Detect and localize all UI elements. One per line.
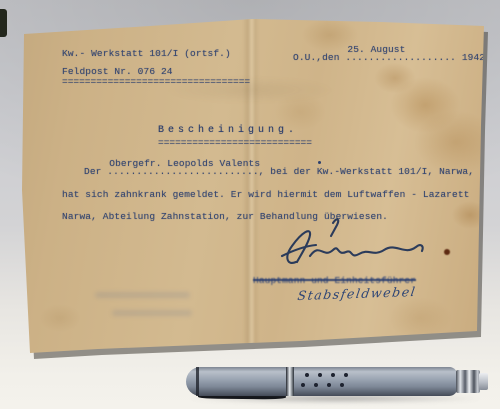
photo-scene: Kw.- Werkstatt 101/I (ortsf.) Feldpost N… [0,0,500,409]
signature-scrawl [276,216,434,274]
pen-center-band [286,367,294,396]
date-prefix: O.U.,den [293,52,345,63]
date-filled-value: 25. August [347,44,405,55]
ink-speck [318,161,321,164]
body-line-1: Der ..........................,Obergefr.… [84,166,474,177]
stain-dot [444,249,450,255]
doc-title: Bescheinigung. [158,125,298,136]
filled-name: Obergefr. Leopolds Valents [109,158,260,169]
pen-dot [340,383,344,387]
pen-chrome-tip [456,370,480,393]
pen-barrel [186,367,458,396]
pen-dot [314,383,318,387]
body-line-1-prefix: Der [84,166,107,177]
name-dotted-field: ..........................,Obergefr. Leo… [107,166,264,177]
table-edge-object [0,9,7,37]
date-dotted-field: ...................25. August [345,52,456,63]
pen-dot [331,373,335,377]
pen-dot [301,383,305,387]
unit-underline: ================================= [62,76,250,87]
date-year: 1942 [456,52,485,63]
title-underline: =========================== [158,137,312,148]
bleedthrough-mark [95,292,190,298]
pen [183,363,493,407]
pen-dot [344,373,348,377]
pen-cap-ring [196,367,199,396]
pen-dot [327,383,331,387]
pen-dot [305,373,309,377]
bleedthrough-mark [112,310,192,316]
unit-line-1: Kw.- Werkstatt 101/I (ortsf.) [62,48,231,59]
date-line: O.U.,den ...................25. August 1… [293,52,485,63]
body-line-2: hat sich zahnkrank gemeldet. Er wird hie… [62,189,469,200]
body-line-1-rest: bei der Kw.-Werkstatt 101/I, Narwa, [264,166,474,177]
pen-tip-end [479,373,488,390]
pen-dot [318,373,322,377]
